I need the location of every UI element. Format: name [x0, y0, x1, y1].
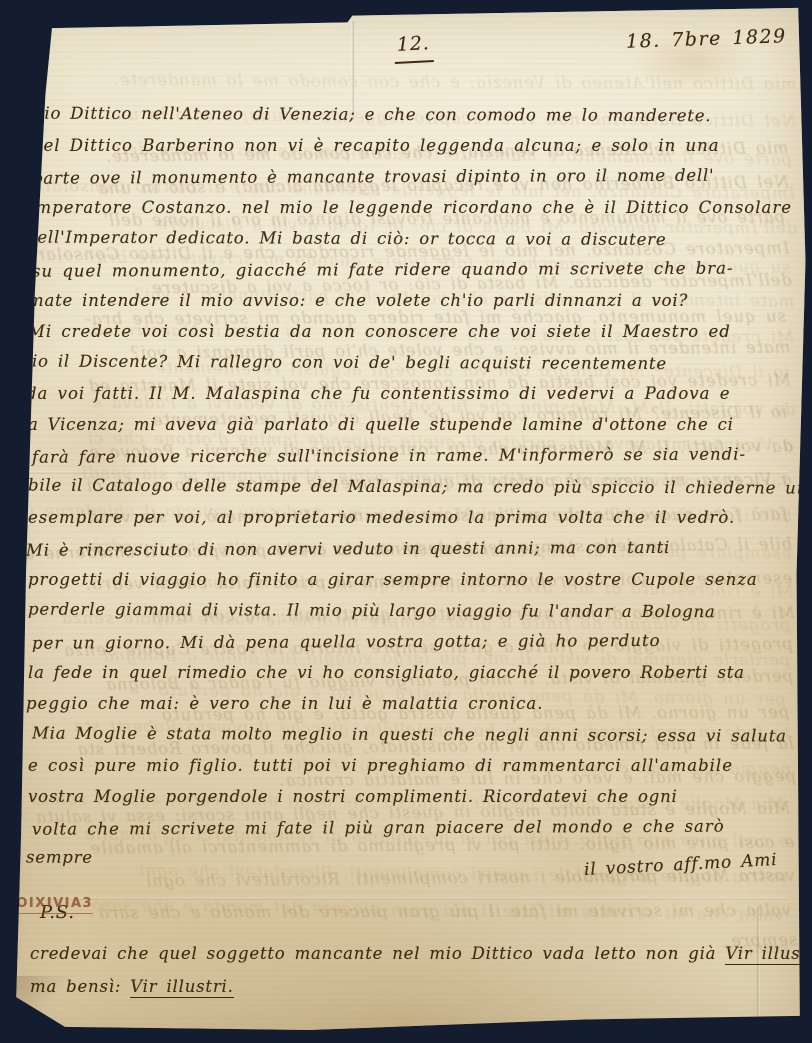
underlined-term: Vir illustris [725, 944, 812, 965]
letter-line: a Vicenza; mi aveva già parlato di quell… [28, 409, 790, 440]
letter-line: dell'Imperator dedicato. Mi basta di ciò… [26, 222, 790, 256]
letter-line: mio Dittico nell'Ateneo di Venezia; e ch… [28, 98, 790, 132]
letter-line: Mia Moglie è stata molto meglio in quest… [32, 718, 790, 752]
letter-line: bile il Catalogo delle stampe del Malasp… [28, 470, 790, 504]
letter-line: la fede in quel rimedio che vi ho consig… [28, 657, 790, 688]
letter-line: mate intendere il mio avviso: e che vole… [28, 285, 790, 316]
letter-line: perderle giammai di vista. Il mio più la… [28, 594, 790, 628]
letter-line: volta che mi scrivete mi fate il più gra… [32, 810, 790, 844]
letter-line: Imperatore Costanzo. nel mio le leggende… [28, 192, 790, 223]
letter-body: mio Dittico nell'Ateneo di Venezia; e ch… [28, 99, 790, 874]
letter-paper: mio Dittico nell'Ateneo di Venezia; e ch… [0, 0, 812, 1043]
letter-date: 18. 7bre 1829 [626, 21, 788, 58]
letter-line: parte ove il monumento è mancante trovas… [32, 159, 790, 193]
letter-line: per un giorno. Mi dà pena quella vostra … [32, 624, 790, 658]
postscript-line: credevai che quel soggetto mancante nel … [30, 938, 812, 969]
letter-line: esemplare per voi, al proprietario medes… [28, 502, 790, 533]
letter-line: farà fare nuove ricerche sull'incisione … [32, 438, 790, 472]
postscript-text: ma bensì: [30, 977, 130, 996]
page-number: 12. [393, 28, 433, 64]
postscript-text: credevai che quel soggetto mancante nel … [30, 944, 725, 963]
letter-line: Mi credete voi così bestia da non conosc… [28, 316, 790, 347]
letter-line: da voi fatti. Il M. Malaspina che fu con… [26, 378, 790, 409]
letter-photograph: mio Dittico nell'Ateneo di Venezia; e ch… [0, 0, 812, 1043]
handwriting-layer: 12. 18. 7bre 1829 mio Dittico nell'Atene… [0, 0, 812, 1043]
underlined-term: Vir illustri. [130, 977, 233, 998]
letter-line: vostra Moglie porgendole i nostri compli… [28, 781, 790, 812]
letter-line: io il Discente? Mi rallegro con voi de' … [32, 346, 790, 380]
letter-line: peggio che mai: è vero che in lui è mala… [26, 688, 790, 719]
bleed-through-mark: VOIXIVIA3 [5, 896, 93, 914]
letter-line: progetti di viaggio ho finito a girar se… [28, 564, 790, 595]
postscript-line: ma bensì: Vir illustri. [30, 971, 234, 1002]
letter-line: Nel Dittico Barberino non vi è recapito … [28, 130, 790, 161]
letter-line: Mi è rincresciuto di non avervi veduto i… [26, 531, 790, 565]
letter-line: e così pure mio figlio. tutti poi vi pre… [28, 750, 790, 781]
letter-line: su quel monumento, giacché mi fate rider… [32, 252, 790, 286]
